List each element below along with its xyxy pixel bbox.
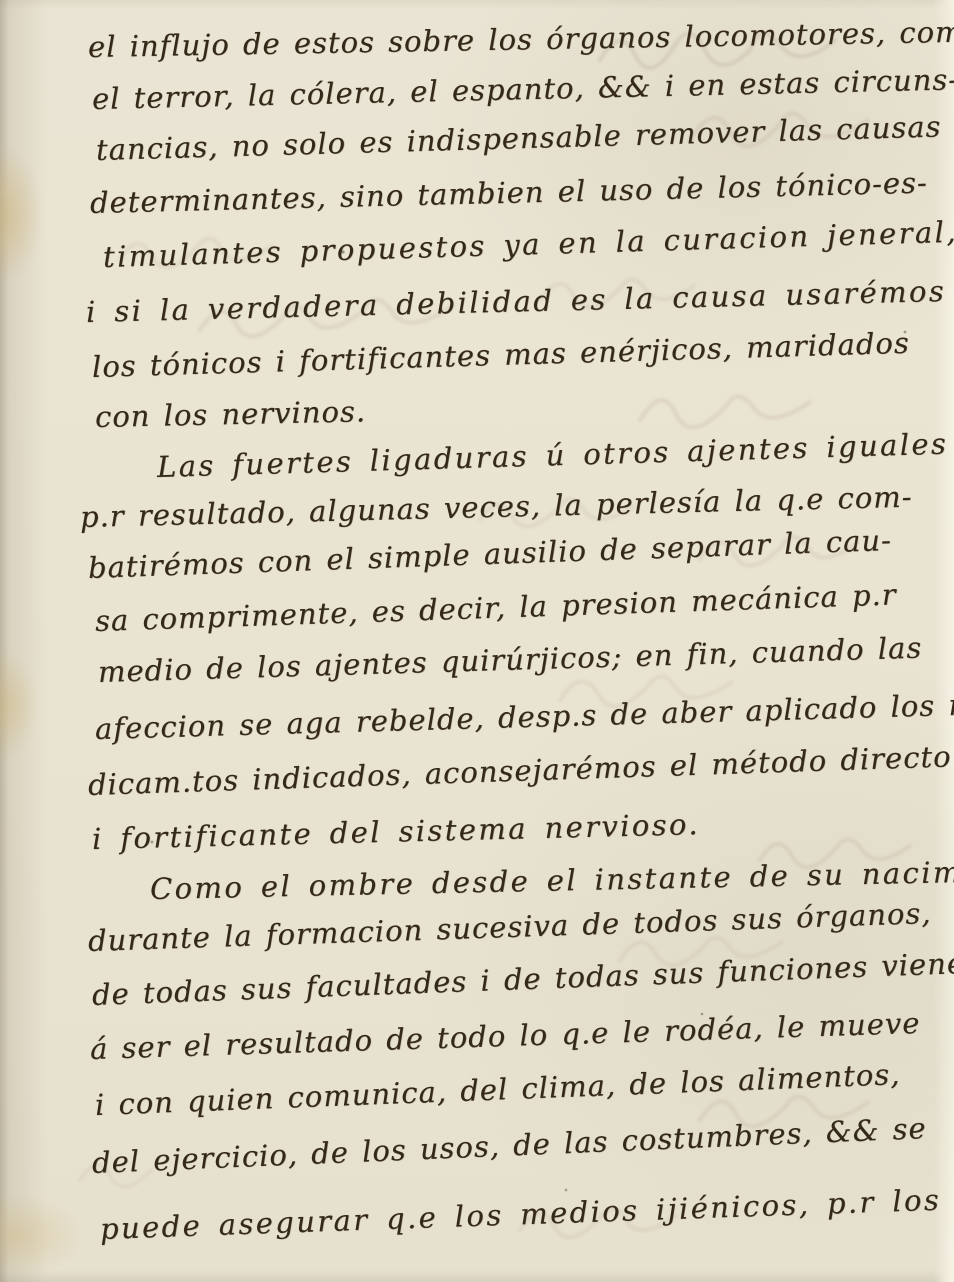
manuscript-line: el terror, la cólera, el espanto, && i e…: [92, 62, 954, 116]
manuscript-line: con los nervinos.: [95, 394, 367, 434]
manuscript-page: el influjo de estos sobre los órganos lo…: [0, 0, 954, 1282]
manuscript-line: determinantes, sino tambien el uso de lo…: [90, 166, 928, 220]
manuscript-line: timulantes propuestos ya en la curacion …: [102, 215, 954, 274]
manuscript-line: i si la verdadera debilidad es la causa …: [86, 274, 947, 329]
manuscript-line: del ejercicio, de los usos, de las costu…: [91, 1111, 927, 1180]
manuscript-line: puede asegurar q.e los medios ijiénicos,…: [99, 1178, 954, 1246]
manuscript-line: batirémos con el simple ausilio de separ…: [87, 523, 892, 585]
manuscript-line: dicam.tos indicados, aconsejarémos el mé…: [87, 739, 952, 802]
manuscript-line: tancias, no solo es indispensable remove…: [96, 109, 942, 167]
manuscript-line: á ser el resultado de todo lo q.e le rod…: [89, 1006, 920, 1066]
manuscript-line: i con quien comunica, del clima, de los …: [94, 1057, 901, 1122]
manuscript-line: los tónicos i fortificantes mas enérjico…: [91, 326, 910, 384]
manuscript-line: el influjo de estos sobre los órganos lo…: [88, 13, 954, 64]
manuscript-line: afeccion se aga rebelde, desp.s de aber …: [95, 687, 954, 746]
manuscript-line: i fortificante del sistema nervioso.: [92, 807, 701, 856]
manuscript-line: durante la formacion sucesiva de todos s…: [87, 896, 932, 958]
manuscript-line: de todas sus facultades i de todas sus f…: [91, 946, 954, 1012]
manuscript-line: Como el ombre desde el instante de su na…: [150, 853, 954, 906]
manuscript-line: medio de los ajentes quirúrjicos; en fin…: [97, 631, 922, 689]
manuscript-line: sa comprimente, es decir, la presion mec…: [94, 577, 897, 638]
manuscript-line: Las fuertes ligaduras ú otros ajentes ig…: [156, 424, 954, 484]
